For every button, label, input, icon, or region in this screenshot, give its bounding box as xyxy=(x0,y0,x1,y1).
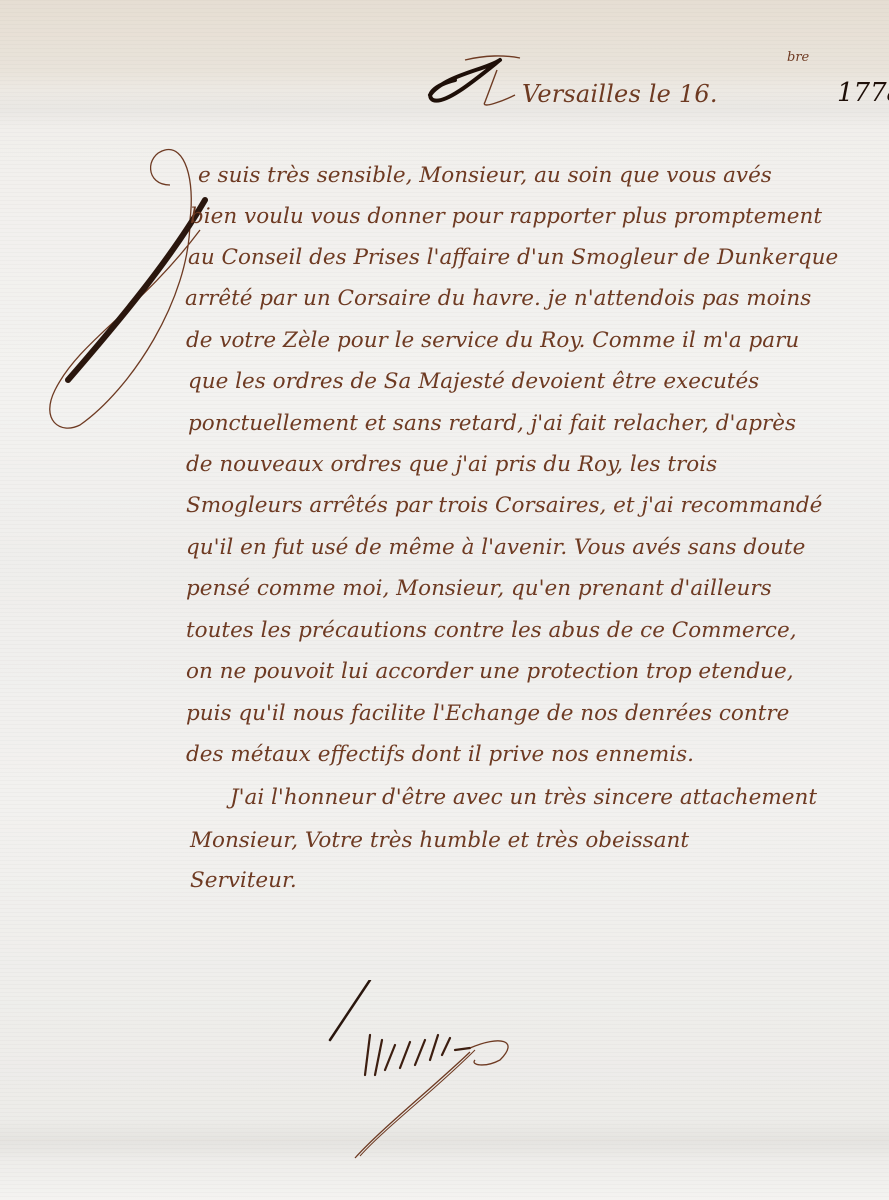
body-line: e suis très sensible, Monsieur, au soin … xyxy=(198,165,772,187)
body-line: Smogleurs arrêtés par trois Corsaires, e… xyxy=(186,495,822,517)
body-line: toutes les précautions contre les abus d… xyxy=(186,620,797,642)
letter-paper: Versailles le 16. bre 1778 e suis très s… xyxy=(0,0,889,1200)
body-line: qu'il en fut usé de même à l'avenir. Vou… xyxy=(186,537,805,559)
body-line: de votre Zèle pour le service du Roy. Co… xyxy=(186,330,799,352)
body-line: au Conseil des Prises l'affaire d'un Smo… xyxy=(188,247,838,269)
closing-line: Monsieur, Votre très humble et très obei… xyxy=(190,830,689,852)
signature-text: Sartine xyxy=(380,1070,384,1073)
closing-line: J'ai l'honneur d'être avec un très since… xyxy=(230,787,817,809)
body-line: puis qu'il nous facilite l'Echange de no… xyxy=(186,703,789,725)
body-line: ponctuellement et sans retard, j'ai fait… xyxy=(188,413,796,435)
body-line: que les ordres de Sa Majesté devoient êt… xyxy=(188,371,759,393)
body-line: de nouveaux ordres que j'ai pris du Roy,… xyxy=(186,454,717,476)
body-line: arrêté par un Corsaire du havre. je n'at… xyxy=(185,288,811,310)
signature-flourish-icon: Sartine xyxy=(320,980,580,1160)
dateline: Versailles le 16. bre 1778 xyxy=(425,40,885,120)
body-line: des métaux effectifs dont il prive nos e… xyxy=(186,744,694,766)
body-line: pensé comme moi, Monsieur, qu'en prenant… xyxy=(186,578,772,600)
dateline-month-superscript: bre xyxy=(787,50,809,65)
body-line: on ne pouvoit lui accorder une protectio… xyxy=(186,661,794,683)
body-line: bien voulu vous donner pour rapporter pl… xyxy=(190,206,822,228)
dateline-year: 1778 xyxy=(837,78,889,108)
dateline-place: Versailles le 16. xyxy=(522,80,718,108)
closing-line: Serviteur. xyxy=(190,870,297,892)
